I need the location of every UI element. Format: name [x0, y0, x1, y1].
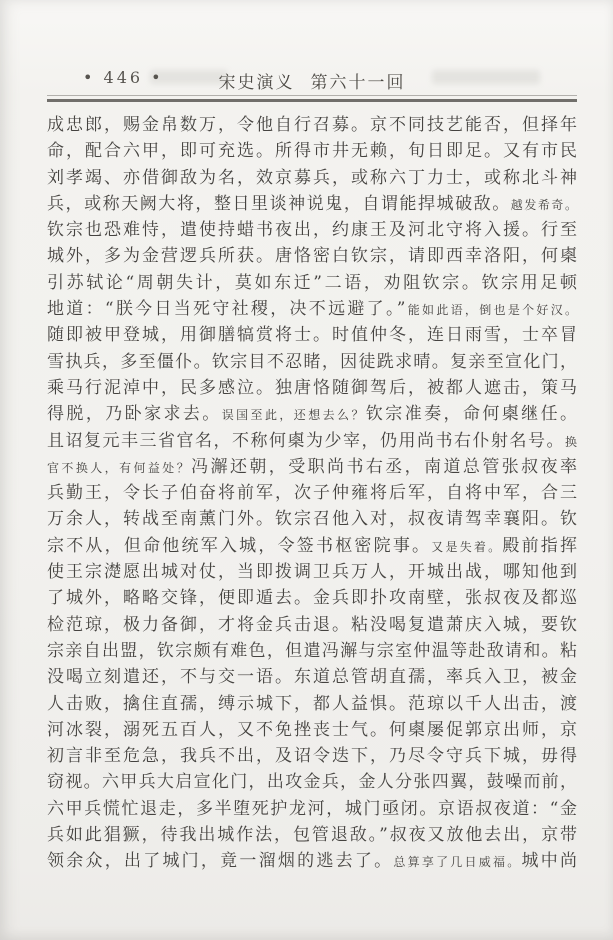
text-line: 没喝立刻遣还，不与交一语。东道总管胡直孺，率兵入卫，被金 [47, 664, 577, 690]
rule-thick-line [47, 99, 577, 102]
body-text-segment: 万余人，转战至南薰门外。钦宗召他入对，叔夜请驾幸襄阳。钦 [47, 509, 577, 529]
text-line: 了城外，略略交锋，便即遁去。金兵即扑攻南壁，张叔夜及都巡 [47, 585, 577, 611]
body-text-segment: 窃视。六甲兵大启宣化门，出攻金兵，金人分张四翼，鼓噪而前， [47, 772, 577, 792]
body-text-segment: 河冰裂，溺死五百人，又不免挫丧士气。何㮚屡促郭京出师，京 [47, 720, 577, 740]
body-text-segment: 地道：“朕今日当死守社稷，决不远避了。” [47, 299, 405, 319]
text-line: 人击败，擒住直孺，缚示城下，都人益惧。范琼以千人出击，渡 [47, 691, 577, 717]
page-body-text: 成忠郎，赐金帛数万，令他自行召募。京不同技艺能否，但择年命，配合六甲，即可充选。… [47, 112, 577, 875]
body-text-segment: 宗亲自出盟，钦宗颇有难色，但遣冯澥与宗室仲温等赴敌请和。粘 [47, 641, 577, 661]
rule-thin-line [47, 95, 577, 96]
text-line: 随即被甲登城，用御膳犒赏将士。时值仲冬，连日雨雪，士卒冒 [47, 322, 577, 348]
commentary-text: 官不换人，有何益处？ [47, 461, 191, 475]
text-line: 兵勤王，令长子伯奋将前军，次子仲雍将后军，自将中军，合三 [47, 480, 577, 506]
body-text-segment: 城中尚 [522, 851, 577, 871]
text-line: 钦宗也恐难恃，遣使持蜡书夜出，约康王及河北守将入援。行至 [47, 217, 577, 243]
text-line: 初言非至危急，我兵不出，及诏令迭下，乃尽令守兵下城，毋得 [47, 743, 577, 769]
body-text-segment: 六甲兵慌忙退走，多半堕死护龙河，城门亟闭。京语叔夜道：“金 [47, 799, 577, 819]
body-text-segment: 殿前指挥 [502, 536, 577, 556]
text-line: 检范琼，极力备御，才将金兵击退。粘没喝复遣萧庆入城，要钦 [47, 612, 577, 638]
body-text-segment: 冯澥还朝，受职尚书右丞，南道总管张叔夜率 [191, 457, 577, 477]
body-text-segment: 成忠郎，赐金帛数万，令他自行召募。京不同技艺能否，但择年 [47, 115, 577, 135]
body-text-segment: 没喝立刻遣还，不与交一语。东道总管胡直孺，率兵入卫，被金 [47, 667, 577, 687]
text-line: 引苏轼论“周朝失计，莫如东迁”二语，劝阻钦宗。钦宗用足顿 [47, 270, 577, 296]
body-text-segment: 兵如此猖獗，待我出城作法，包管退敌。”叔夜又放他去出，京带 [47, 825, 577, 845]
body-text-segment: 钦宗也恐难恃，遣使持蜡书夜出，约康王及河北守将入援。行至 [47, 220, 577, 240]
body-text-segment: 城外，多为金营逻兵所获。唐恪密白钦宗，请即西幸洛阳，何㮚 [47, 246, 577, 266]
body-text-segment: 钦宗准奏，命何㮚继任。 [366, 404, 577, 424]
body-text-segment: 兵，或称天阙大将，整日里谈神说鬼，自谓能捍城破敌。 [47, 194, 511, 214]
text-line: 得脱，乃卧家求去。误国至此，还想去么？钦宗准奏，命何㮚继任。 [47, 401, 577, 427]
header-double-rule [47, 95, 577, 103]
body-text-segment: 刘孝竭、亦借御敌为名，效京募兵，或称六丁力士，或称北斗神 [47, 168, 577, 188]
commentary-text: 总算享了几日威福。 [393, 855, 521, 869]
body-text-segment: 了城外，略略交锋，便即遁去。金兵即扑攻南壁，张叔夜及都巡 [47, 588, 577, 608]
text-line: 地道：“朕今日当死守社稷，决不远避了。”能如此语，倒也是个好汉。 [47, 296, 577, 322]
text-line: 城外，多为金营逻兵所获。唐恪密白钦宗，请即西幸洛阳，何㮚 [47, 243, 577, 269]
text-line: 且诏复元丰三省官名，不称何㮚为少宰，仍用尚书右仆射名号。换 [47, 428, 577, 454]
body-text-segment: 且诏复元丰三省官名，不称何㮚为少宰，仍用尚书右仆射名号。 [47, 431, 565, 451]
body-text-segment: 领余众，出了城门，竟一溜烟的逃去了。 [47, 851, 393, 871]
body-text-segment: 得脱，乃卧家求去。 [47, 404, 222, 424]
page-header: • 446 • 宋史演义第六十一回 [47, 68, 577, 92]
body-text-segment: 雪执兵，多至僵仆。钦宗目不忍睹，因徒跣求晴。复亲至宣化门， [47, 352, 577, 372]
text-line: 宗不从，但命他统军入城，令签书枢密院事。又是失着。殿前指挥 [47, 533, 577, 559]
scanned-book-page: • 446 • 宋史演义第六十一回 成忠郎，赐金帛数万，令他自行召募。京不同技艺… [0, 0, 613, 940]
text-line: 成忠郎，赐金帛数万，令他自行召募。京不同技艺能否，但择年 [47, 112, 577, 138]
body-text-segment: 使王宗濋愿出城对仗，当即拨调卫兵万人，开城出战，哪知他到 [47, 562, 577, 582]
text-line: 领余众，出了城门，竟一溜烟的逃去了。总算享了几日威福。城中尚 [47, 848, 577, 874]
body-text-segment: 检范琼，极力备御，才将金兵击退。粘没喝复遣萧庆入城，要钦 [47, 615, 577, 635]
body-text-segment: 乘马行泥淖中，民多感泣。独唐恪随御驾后，被都人遮击，策马 [47, 378, 577, 398]
text-line: 刘孝竭、亦借御敌为名，效京募兵，或称六丁力士，或称北斗神 [47, 165, 577, 191]
text-line: 万余人，转战至南薰门外。钦宗召他入对，叔夜请驾幸襄阳。钦 [47, 506, 577, 532]
body-text-segment: 宗不从，但命他统军入城，令签书枢密院事。 [47, 536, 431, 556]
text-line: 窃视。六甲兵大启宣化门，出攻金兵，金人分张四翼，鼓噪而前， [47, 769, 577, 795]
commentary-text: 越发希奇。 [511, 198, 577, 212]
running-title: 宋史演义第六十一回 [47, 68, 577, 93]
text-line: 六甲兵慌忙退走，多半堕死护龙河，城门亟闭。京语叔夜道：“金 [47, 796, 577, 822]
body-text-segment: 命，配合六甲，即可充选。所得市井无赖，旬日即足。又有市民 [47, 141, 577, 161]
body-text-segment: 人击败，擒住直孺，缚示城下，都人益惧。范琼以千人出击，渡 [47, 694, 577, 714]
commentary-text: 换 [565, 435, 577, 449]
chapter-title: 第六十一回 [311, 73, 406, 93]
text-line: 河冰裂，溺死五百人，又不免挫丧士气。何㮚屡促郭京出师，京 [47, 717, 577, 743]
commentary-text: 误国至此，还想去么？ [222, 408, 366, 422]
text-line: 使王宗濋愿出城对仗，当即拨调卫兵万人，开城出战，哪知他到 [47, 559, 577, 585]
text-line: 兵，或称天阙大将，整日里谈神说鬼，自谓能捍城破敌。越发希奇。 [47, 191, 577, 217]
body-text-segment: 初言非至危急，我兵不出，及诏令迭下，乃尽令守兵下城，毋得 [47, 746, 577, 766]
text-line: 官不换人，有何益处？冯澥还朝，受职尚书右丞，南道总管张叔夜率 [47, 454, 577, 480]
text-line: 兵如此猖獗，待我出城作法，包管退敌。”叔夜又放他去出，京带 [47, 822, 577, 848]
body-text-segment: 兵勤王，令长子伯奋将前军，次子仲雍将后军，自将中军，合三 [47, 483, 577, 503]
commentary-text: 能如此语，倒也是个好汉。 [405, 303, 577, 317]
text-line: 乘马行泥淖中，民多感泣。独唐恪随御驾后，被都人遮击，策马 [47, 375, 577, 401]
text-line: 宗亲自出盟，钦宗颇有难色，但遣冯澥与宗室仲温等赴敌请和。粘 [47, 638, 577, 664]
text-line: 雪执兵，多至僵仆。钦宗目不忍睹，因徒跣求晴。复亲至宣化门， [47, 349, 577, 375]
commentary-text: 又是失着。 [431, 540, 502, 554]
body-text-segment: 随即被甲登城，用御膳犒赏将士。时值仲冬，连日雨雪，士卒冒 [47, 325, 577, 345]
body-text-segment: 引苏轼论“周朝失计，莫如东迁”二语，劝阻钦宗。钦宗用足顿 [47, 273, 577, 293]
book-title: 宋史演义 [219, 73, 295, 93]
text-line: 命，配合六甲，即可充选。所得市井无赖，旬日即足。又有市民 [47, 138, 577, 164]
